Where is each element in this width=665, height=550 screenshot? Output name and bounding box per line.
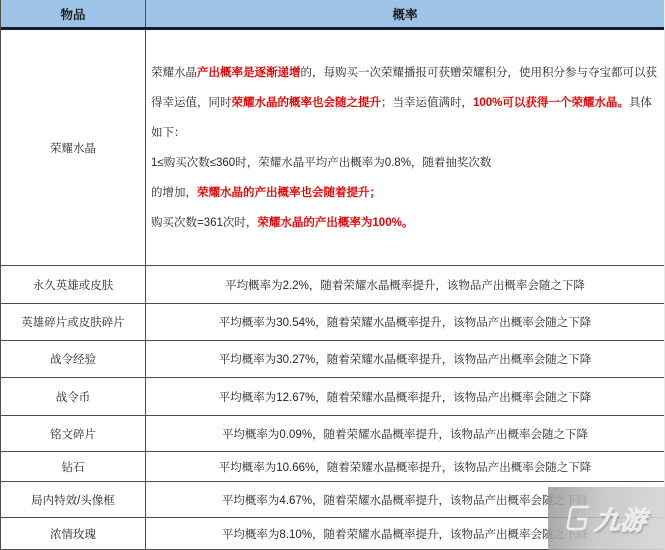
table-row-battlepass-exp: 战令经验 平均概率为30.27%，随着荣耀水晶概率提升，该物品产出概率会随之下降 xyxy=(1,341,664,378)
item-label: 英雄碎片或皮肤碎片 xyxy=(1,304,146,340)
item-label: 钻石 xyxy=(1,452,146,481)
table-row-honor-crystal: 荣耀水晶 荣耀水晶产出概率是逐渐递增的，每购买一次荣耀播报可获赠荣耀积分，使用积… xyxy=(1,30,664,266)
table-header-row: 物品 概率 xyxy=(1,0,664,30)
table-row-diamonds: 钻石 平均概率为10.66%，随着荣耀水晶概率提升，该物品产出概率会随之下降 xyxy=(1,452,664,482)
item-label: 永久英雄或皮肤 xyxy=(1,266,146,303)
table-row-rune-shards: 铭文碎片 平均概率为0.09%，随着荣耀水晶概率提升，该物品产出概率会随之下降 xyxy=(1,416,664,452)
item-label: 战令经验 xyxy=(1,341,146,377)
table-row-hero-skin-shards: 英雄碎片或皮肤碎片 平均概率为30.54%，随着荣耀水晶概率提升，该物品产出概率… xyxy=(1,304,664,341)
crystal-paragraph-1: 荣耀水晶产出概率是逐渐递增的，每购买一次荣耀播报可获赠荣耀积分，使用积分参与夺宝… xyxy=(151,58,660,148)
watermark-text: 九游 xyxy=(594,501,649,537)
table-row-permanent-hero-skin: 永久英雄或皮肤 平均概率为2.2%，随着荣耀水晶概率提升，该物品产出概率会随之下… xyxy=(1,266,664,304)
crystal-paragraph-3: 的增加，荣耀水晶的产出概率也会随着提升； xyxy=(151,178,381,208)
probability-text: 平均概率为12.67%，随着荣耀水晶概率提升，该物品产出概率会随之下降 xyxy=(146,378,664,415)
item-label: 战令币 xyxy=(1,378,146,415)
probability-text: 平均概率为0.09%，随着荣耀水晶概率提升，该物品产出概率会随之下降 xyxy=(146,416,664,451)
item-label-honor-crystal: 荣耀水晶 xyxy=(1,30,146,265)
probability-table-page: 物品 概率 荣耀水晶 荣耀水晶产出概率是逐渐递增的，每购买一次荣耀播报可获赠荣耀… xyxy=(0,0,665,550)
probability-text: 平均概率为30.54%，随着荣耀水晶概率提升，该物品产出概率会随之下降 xyxy=(146,304,664,340)
table-row-battlepass-coin: 战令币 平均概率为12.67%，随着荣耀水晶概率提升，该物品产出概率会随之下降 xyxy=(1,378,664,416)
item-label: 浓情玫瑰 xyxy=(1,518,146,549)
probability-text: 平均概率为30.27%，随着荣耀水晶概率提升，该物品产出概率会随之下降 xyxy=(146,341,664,377)
item-label: 局内特效/头像框 xyxy=(1,482,146,517)
header-cell-item: 物品 xyxy=(1,0,146,27)
9game-watermark: 九游 xyxy=(548,487,665,550)
header-cell-probability: 概率 xyxy=(146,0,664,27)
crystal-paragraph-2: 1≤购买次数≤360时，荣耀水晶平均产出概率为0.8%，随着抽奖次数 xyxy=(151,148,491,178)
probability-text: 平均概率为10.66%，随着荣耀水晶概率提升，该物品产出概率会随之下降 xyxy=(146,452,664,481)
probability-text: 平均概率为2.2%，随着荣耀水晶概率提升，该物品产出概率会随之下降 xyxy=(146,266,664,303)
honor-crystal-probability-text: 荣耀水晶产出概率是逐渐递增的，每购买一次荣耀播报可获赠荣耀积分，使用积分参与夺宝… xyxy=(146,30,664,265)
item-label: 铭文碎片 xyxy=(1,416,146,451)
crystal-paragraph-4: 购买次数=361次时，荣耀水晶的产出概率为100%。 xyxy=(151,208,413,238)
9game-logo-icon xyxy=(563,504,594,534)
probability-table: 物品 概率 荣耀水晶 荣耀水晶产出概率是逐渐递增的，每购买一次荣耀播报可获赠荣耀… xyxy=(0,0,665,550)
